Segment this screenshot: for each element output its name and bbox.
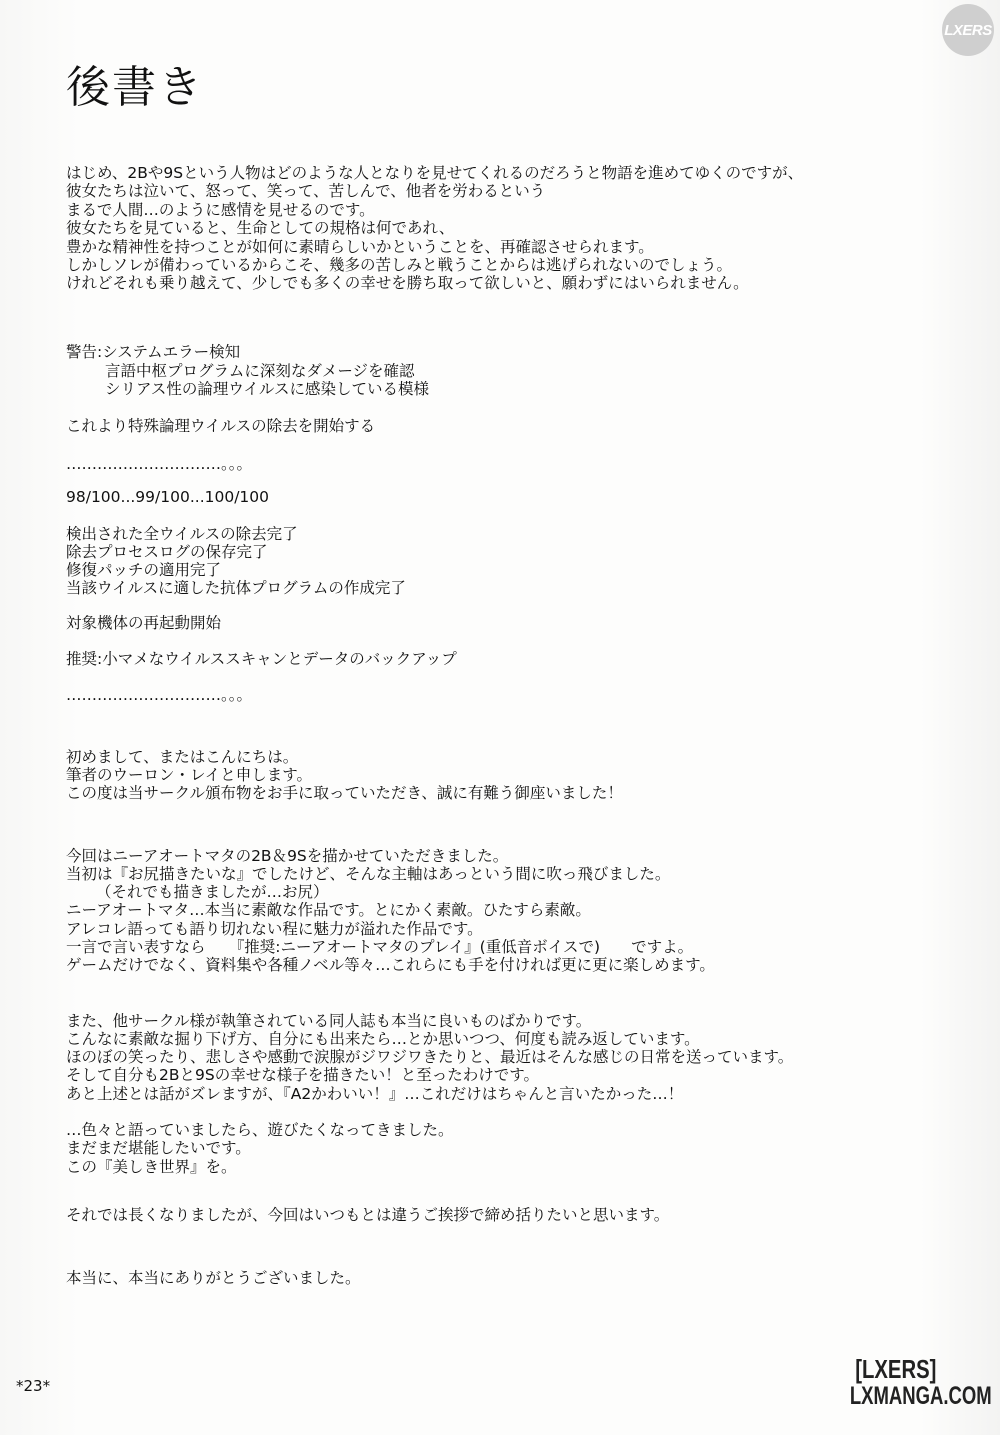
text-line: まるで人間…のように感情を見せるのです。 — [66, 201, 375, 219]
warning-detail: シリアス性の論理ウイルスに感染している模様 — [105, 380, 429, 398]
text-line: 初めまして、またはこんにちは。 — [66, 748, 298, 766]
ellipsis-line: …………………………。。。 — [66, 686, 252, 704]
text-line: （それでも描きましたが…お尻） — [96, 883, 329, 901]
text-line: こんなに素敵な掘り下げ方、自分にも出来たら…とか思いつつ、何度も読み返しています… — [66, 1030, 700, 1048]
warning-line: 警告:システムエラー検知 — [66, 343, 240, 361]
completed-line: 修復パッチの適用完了 — [66, 561, 221, 579]
text-line: 彼女たちを見ていると、生命としての規格は何であれ、 — [66, 219, 454, 237]
text-line: この度は当サークル頒布物をお手に取っていただき、誠に有難う御座いました！ — [66, 784, 623, 802]
reboot-line: 対象機体の再起動開始 — [66, 614, 221, 632]
watermark-footer-top: [LXERS] — [821, 1356, 970, 1382]
closing-line: それでは長くなりましたが、今回はいつもとは違うご挨拶で締め括りたいと思います。 — [66, 1206, 669, 1224]
text-line: また、他サークル様が執筆されている同人誌も本当に良いものばかりです。 — [66, 1012, 591, 1030]
completed-line: 除去プロセスログの保存完了 — [66, 543, 268, 561]
page-title: 後書き — [66, 66, 204, 110]
text-line: 豊かな精神性を持つことが如何に素晴らしいかということを、再確認させられます。 — [66, 238, 654, 256]
text-line: けれどそれも乗り越えて、少しでも多くの幸せを勝ち取って欲しいと、願わずにはいられ… — [66, 274, 749, 292]
progress-line: 98/100...99/100...100/100 — [66, 488, 269, 506]
text-line: 筆者のウーロン・レイと申します。 — [66, 766, 312, 784]
text-line: あと上述とは話がズレますが、『A2かわいい！』…これだけはちゃんと言いたかった…… — [66, 1085, 683, 1103]
text-line: 一言で言い表すなら 『推奨:ニーアオートマタのプレイ』(重低音ボイスで) ですよ… — [66, 938, 693, 956]
text-line: そして自分も2Bと9Sの幸せな様子を描きたい！と至ったわけです。 — [66, 1066, 539, 1084]
warning-detail: 言語中枢プログラムに深刻なダメージを確認 — [105, 362, 415, 380]
text-line: 今回はニーアオートマタの2B＆9Sを描かせていただきました。 — [66, 847, 508, 865]
watermark-badge: LXERS — [942, 4, 994, 56]
watermark-footer: [LXERS] LXMANGA.COM — [800, 1356, 992, 1409]
text-line: ゲームだけでなく、資料集や各種ノベル等々…これらにも手を付ければ更に更に楽しめま… — [66, 956, 715, 974]
document-page: LXERS 後書き はじめ、2Bや9Sという人物はどのような人となりを見せてくれ… — [0, 0, 1000, 1435]
removal-start-line: これより特殊論理ウイルスの除去を開始する — [66, 417, 375, 435]
text-line: この『美しき世界』を。 — [66, 1158, 237, 1176]
text-line: 当初は『お尻描きたいな』でしたけど、そんな主軸はあっという間に吹っ飛びました。 — [66, 865, 670, 883]
ellipsis-line: …………………………。。。 — [66, 455, 252, 473]
watermark-footer-bottom: LXMANGA.COM — [850, 1384, 992, 1409]
text-line: アレコレ語っても語り切れない程に魅力が溢れた作品です。 — [66, 920, 483, 938]
page-number: *23* — [16, 1377, 50, 1395]
thanks-line: 本当に、本当にありがとうございました。 — [66, 1269, 361, 1287]
text-line: しかしソレが備わっているからこそ、幾多の苦しみと戦うことからは逃げられないのでし… — [66, 256, 732, 274]
text-line: 彼女たちは泣いて、怒って、笑って、苦しんで、他者を労わるという — [66, 182, 545, 200]
text-line: ニーアオートマタ…本当に素敵な作品です。とにかく素敵。ひたすら素敵。 — [66, 901, 591, 919]
recommendation-line: 推奨:小マメなウイルススキャンとデータのバックアップ — [66, 650, 457, 668]
text-line: ほのぼの笑ったり、悲しさや感動で涙腺がジワジワきたりと、最近はそんな感じの日常を… — [66, 1048, 793, 1066]
completed-line: 当該ウイルスに適した抗体プログラムの作成完了 — [66, 579, 406, 597]
text-line: はじめ、2Bや9Sという人物はどのような人となりを見せてくれるのだろうと物語を進… — [66, 164, 803, 182]
completed-line: 検出された全ウイルスの除去完了 — [66, 525, 298, 543]
text-line: …色々と語っていましたら、遊びたくなってきました。 — [66, 1121, 454, 1139]
text-line: まだまだ堪能したいです。 — [66, 1139, 251, 1157]
